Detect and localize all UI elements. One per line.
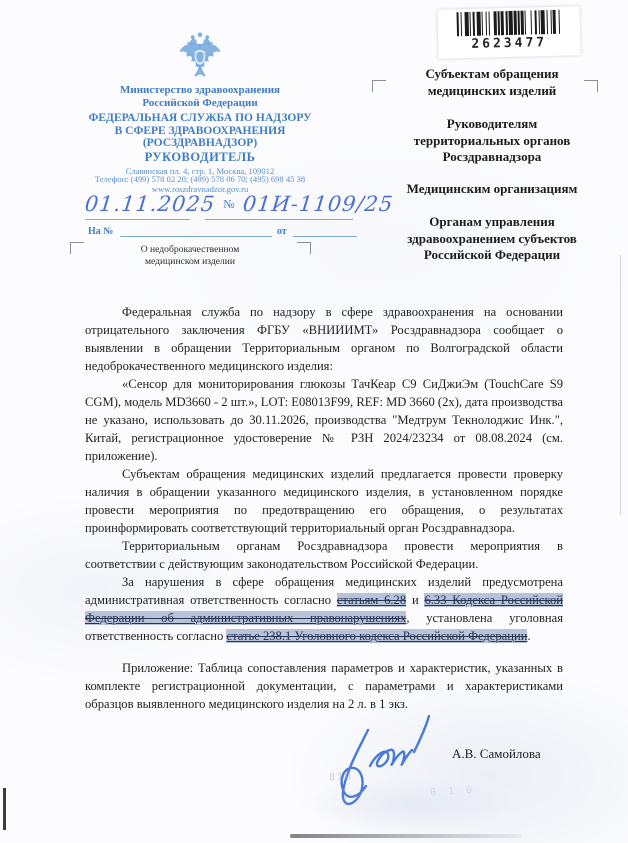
law-reference-highlighted: статьям 6.28: [337, 593, 406, 607]
scan-edge-line-right: [620, 255, 621, 515]
text-segment: и: [406, 593, 424, 607]
ministry-name: Министерство здравоохранения Российской …: [40, 84, 360, 109]
service-name: ФЕДЕРАЛЬНАЯ СЛУЖБА ПО НАДЗОРУ В СФЕРЕ ЗД…: [40, 112, 360, 150]
postal-address: Славянская пл. 4, стр. 1, Москва, 109012…: [40, 167, 360, 183]
scan-smudge-bottom: [290, 834, 522, 838]
paragraph-liability: За нарушения в сфере обращения медицинск…: [85, 573, 563, 645]
number-underline: [205, 219, 353, 220]
letter-body: Федеральная служба по надзору в сфере зд…: [85, 303, 563, 713]
barcode-icon: [456, 10, 561, 37]
barcode-sticker: 2623477: [437, 6, 580, 58]
subject-line: О недоброкачественном медицинском издели…: [70, 244, 310, 267]
handwritten-date: 01.11.2025: [84, 192, 217, 216]
recipient-territorial-heads: Руководителям территориальных органов Ро…: [378, 116, 606, 166]
recipient-subjects: Субъектам обращения медицинских изделий: [378, 66, 606, 99]
coat-of-arms-icon: [176, 30, 224, 86]
number-sign: №: [223, 197, 234, 211]
phone-line: Телефон: (499) 578 02 20; (499) 578 06 7…: [95, 174, 305, 184]
paragraph-instructions-subjects: Субъектам обращения медицинских изделий …: [85, 465, 563, 537]
scanned-letter-page: 2623477 Министерство здравоохранения Рос…: [0, 0, 628, 843]
paragraph-attachment: Приложение: Таблица сопоставления параме…: [85, 659, 563, 713]
date-underline: [85, 219, 190, 220]
paragraph-instructions-territorial: Территориальным органам Росздравнадзора …: [85, 537, 563, 573]
recipient-medical-orgs: Медицинским организациям: [378, 181, 606, 198]
incoming-number-label: На №: [88, 226, 113, 237]
signer-name: А.В. Самойлова: [452, 746, 592, 762]
barcode-number: 2623477: [471, 34, 547, 53]
text-segment: .: [527, 629, 530, 643]
incoming-number-blank: [120, 236, 272, 237]
handwritten-number: 01И-1109/25: [241, 192, 394, 216]
outgoing-reference-row: 01.11.2025 № 01И-1109/25: [85, 192, 365, 222]
paragraph-intro: Федеральная служба по надзору в сфере зд…: [85, 303, 563, 375]
paragraph-device-details: «Сенсор для мониторирования глюкозы ТачК…: [85, 375, 563, 465]
from-date-blank: [293, 236, 357, 237]
position-title: РУКОВОДИТЕЛЬ: [40, 150, 360, 165]
bleed-through-digits: 810: [329, 772, 353, 783]
from-label: от: [277, 226, 287, 237]
recipient-health-authorities: Органам управления здравоохранением субъ…: [378, 214, 606, 264]
bleed-through-blob: [300, 780, 520, 830]
scan-edge-mark-left: [3, 788, 6, 830]
law-reference-highlighted: статье 238.1 Уголовного кодекса Российск…: [226, 629, 527, 643]
